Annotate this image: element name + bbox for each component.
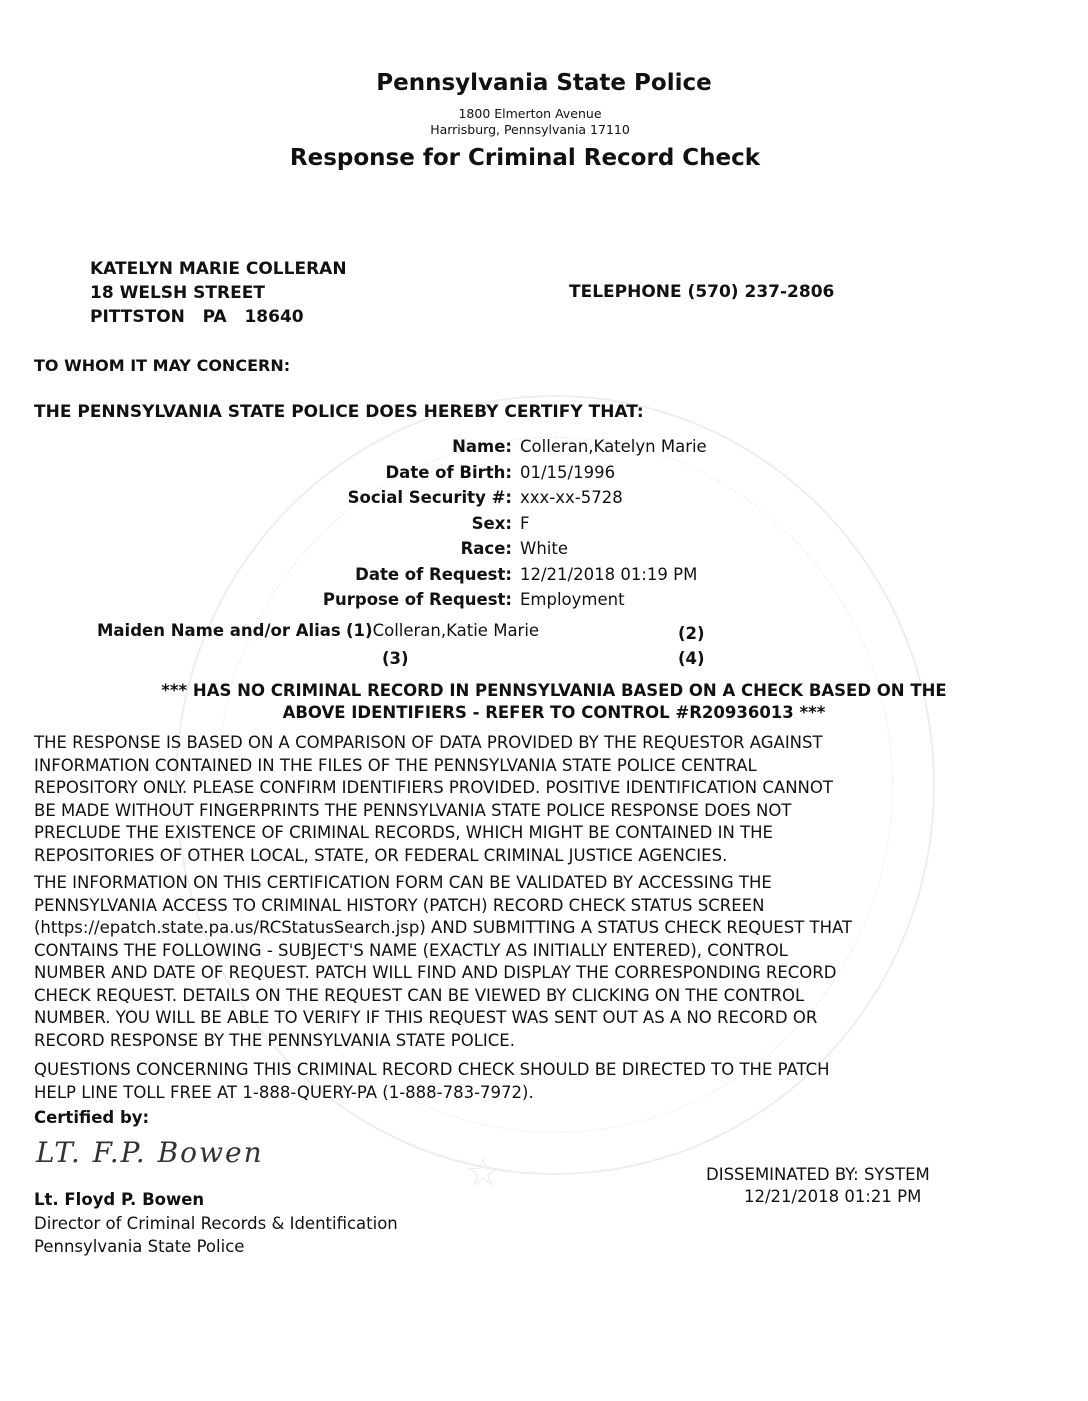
- field-value: xxx-xx-5728: [520, 488, 623, 507]
- field-value: Employment: [520, 590, 625, 609]
- disclaimer-paragraph: THE RESPONSE IS BASED ON A COMPARISON OF…: [34, 732, 1034, 867]
- field-name: Name: Colleran,Katelyn Marie: [250, 434, 850, 460]
- agency-title: Pennsylvania State Police: [0, 70, 1088, 96]
- agency-address-line2: Harrisburg, Pennsylvania 17110: [0, 122, 1060, 137]
- document-title: Response for Criminal Record Check: [0, 145, 1050, 171]
- star-icon: ☆: [465, 1150, 501, 1196]
- certify-statement: THE PENNSYLVANIA STATE POLICE DOES HEREB…: [34, 402, 644, 422]
- field-purpose-of-request: Purpose of Request: Employment: [250, 587, 850, 613]
- field-label: Sex:: [250, 514, 520, 533]
- field-date-of-request: Date of Request: 12/21/2018 01:19 PM: [250, 562, 850, 588]
- field-value: Colleran,Katelyn Marie: [520, 437, 707, 456]
- salutation: TO WHOM IT MAY CONCERN:: [34, 356, 290, 375]
- field-value: 12/21/2018 01:19 PM: [520, 565, 697, 584]
- disseminated-by: DISSEMINATED BY: SYSTEM: [706, 1165, 930, 1184]
- certified-by-label: Certified by:: [34, 1108, 149, 1127]
- field-race: Race: White: [250, 536, 850, 562]
- alias-label: Maiden Name and/or Alias: [97, 621, 341, 640]
- field-value: White: [520, 539, 568, 558]
- field-ssn: Social Security #: xxx-xx-5728: [250, 485, 850, 511]
- alias-slot2-label: (2): [678, 624, 705, 643]
- field-label: Name:: [250, 437, 520, 456]
- alias-slot4-label: (4): [678, 649, 705, 668]
- field-value: F: [520, 514, 530, 533]
- signer-title: Director of Criminal Records & Identific…: [34, 1214, 398, 1233]
- record-result-statement: *** HAS NO CRIMINAL RECORD IN PENNSYLVAN…: [20, 680, 1088, 724]
- field-label: Date of Request:: [250, 565, 520, 584]
- helpline-paragraph: QUESTIONS CONCERNING THIS CRIMINAL RECOR…: [34, 1059, 1034, 1104]
- field-label: Date of Birth:: [250, 463, 520, 482]
- validation-paragraph: THE INFORMATION ON THIS CERTIFICATION FO…: [34, 872, 1034, 1052]
- recipient-street: 18 WELSH STREET: [90, 281, 347, 305]
- field-sex: Sex: F: [250, 511, 850, 537]
- signer-organization: Pennsylvania State Police: [34, 1237, 244, 1256]
- result-line1: *** HAS NO CRIMINAL RECORD IN PENNSYLVAN…: [20, 680, 1088, 702]
- subject-identifiers: Name: Colleran,Katelyn Marie Date of Bir…: [250, 434, 850, 613]
- recipient-name: KATELYN MARIE COLLERAN: [90, 257, 347, 281]
- agency-address-line1: 1800 Elmerton Avenue: [0, 106, 1060, 121]
- alias-slot1-label: (1): [346, 621, 373, 640]
- field-label: Social Security #:: [250, 488, 520, 507]
- signature: LT. F.P. Bowen: [36, 1136, 264, 1169]
- field-label: Purpose of Request:: [250, 590, 520, 609]
- recipient-city-state-zip: PITTSTON PA 18640: [90, 305, 347, 329]
- field-label: Race:: [250, 539, 520, 558]
- alias-slot1-value: Colleran,Katie Marie: [373, 621, 540, 640]
- field-date-of-birth: Date of Birth: 01/15/1996: [250, 460, 850, 486]
- field-value: 01/15/1996: [520, 463, 615, 482]
- dissemination-datetime: 12/21/2018 01:21 PM: [744, 1187, 921, 1206]
- signer-name: Lt. Floyd P. Bowen: [34, 1190, 204, 1209]
- alias-row: Maiden Name and/or Alias (1)Colleran,Kat…: [97, 621, 539, 640]
- alias-slot3-label: (3): [382, 649, 409, 668]
- recipient-telephone: TELEPHONE (570) 237-2806: [569, 282, 834, 302]
- recipient-address-block: KATELYN MARIE COLLERAN 18 WELSH STREET P…: [90, 257, 347, 329]
- result-line2: ABOVE IDENTIFIERS - REFER TO CONTROL #R2…: [20, 702, 1088, 724]
